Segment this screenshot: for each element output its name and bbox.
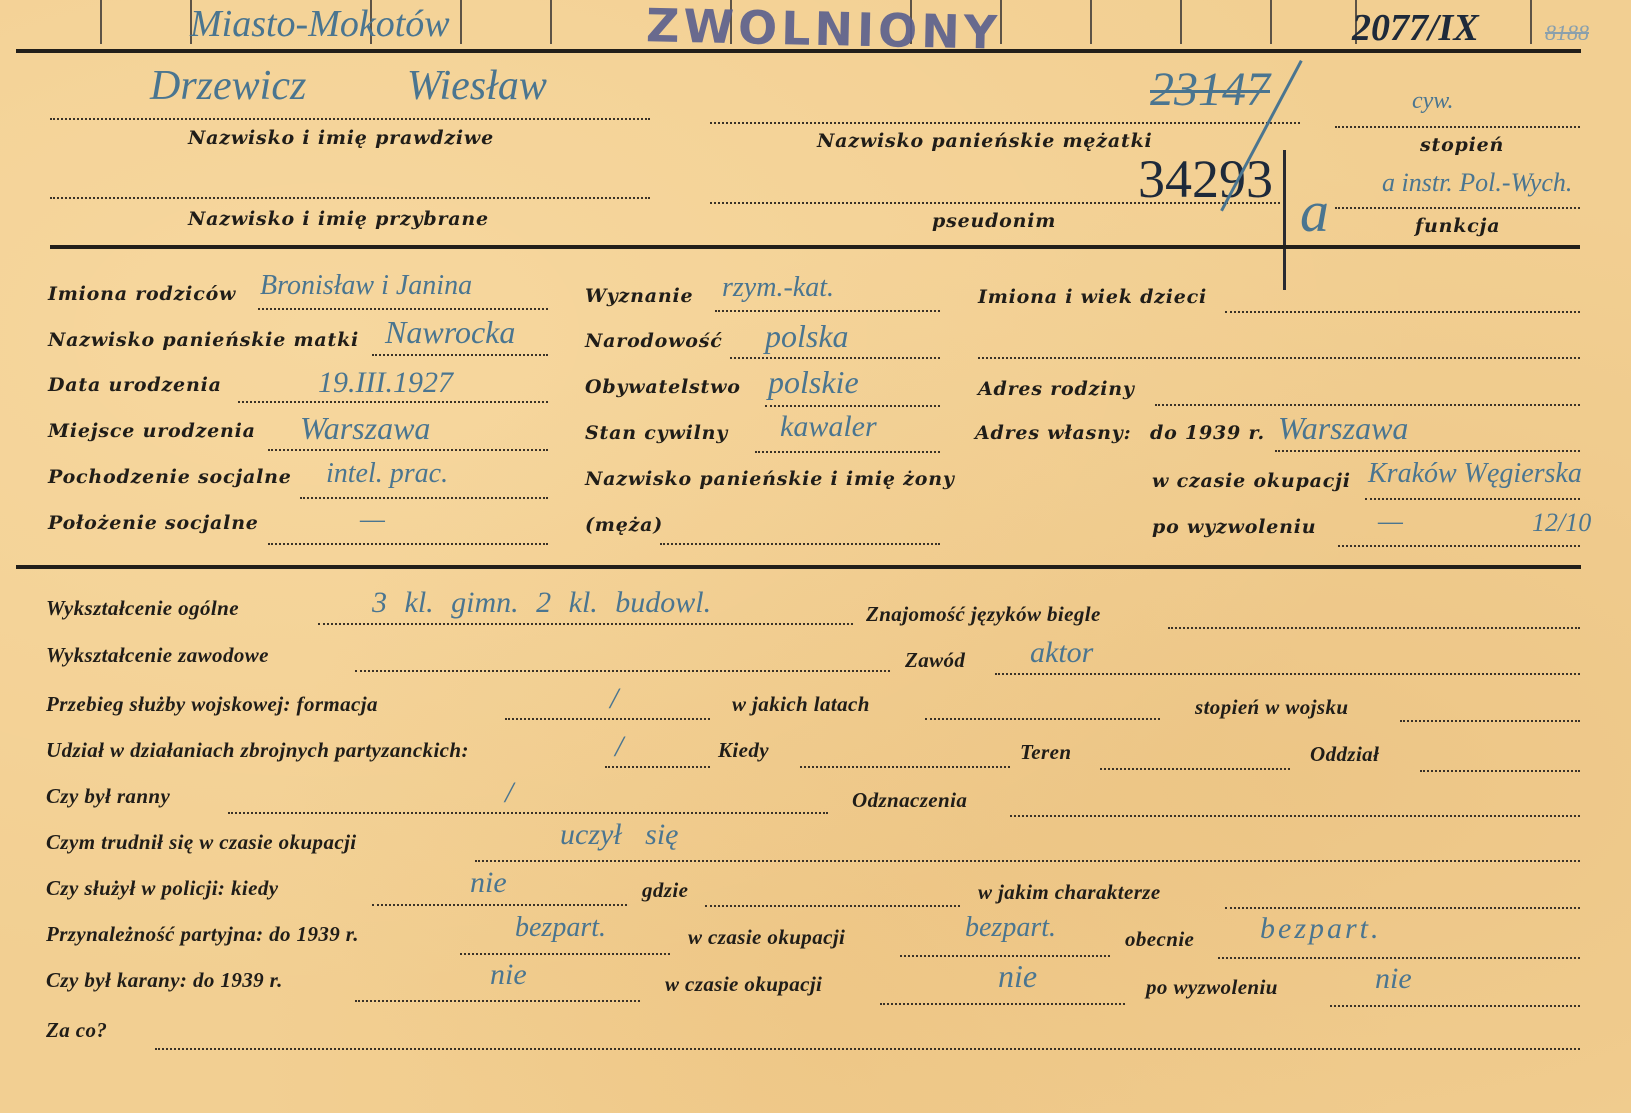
convicted-label: Czy był karany: do 1939 r. [46, 968, 283, 993]
record-number: 34293 [1138, 148, 1273, 210]
pseudonym-label: pseudonim [932, 210, 1056, 232]
record-divider [1283, 150, 1286, 290]
addr-after-liberation-value: — [1378, 506, 1403, 538]
party-label: Przynależność partyjna: do 1939 r. [46, 922, 359, 947]
party-now-label: obecnie [1125, 927, 1194, 952]
addr-after-liberation-note: 12/10 [1532, 508, 1591, 538]
convicted-occupation-value: nie [998, 958, 1037, 995]
header-column-divider [1180, 0, 1182, 44]
decorations-label: Odznaczenia [852, 788, 967, 813]
languages-line [1168, 627, 1580, 629]
function-line [1335, 207, 1580, 209]
convicted-after-label: po wyzwoleniu [1146, 975, 1278, 1000]
military-rank-line [1400, 720, 1580, 722]
personal-rule [16, 565, 1581, 569]
true-name-line [50, 118, 650, 120]
general-education-value: 3 kl. gimn. 2 kl. budowl. [372, 586, 711, 620]
addr-occupation-value: Kraków Węgierska [1368, 458, 1582, 490]
spouse-line [660, 543, 940, 545]
true-name-value: Drzewicz Wiesław [150, 62, 547, 110]
children-label: Imiona i wiek dzieci [978, 286, 1207, 308]
party-occupation-value: bezpart. [965, 912, 1056, 944]
partisan-unit-line [1420, 770, 1580, 772]
function-label: funkcja [1415, 215, 1500, 237]
nationality-line [730, 357, 940, 359]
mother-maiden-value: Nawrocka [385, 314, 515, 351]
religion-line [715, 310, 940, 312]
convicted-before-line [355, 1000, 640, 1002]
assumed-name-label: Nazwisko i imię przybrane [188, 208, 489, 230]
party-occupation-label: w czasie okupacji [688, 925, 845, 950]
party-now-line [1218, 957, 1580, 959]
marital-status-line [755, 451, 940, 453]
rank-line [1335, 126, 1580, 128]
header-column-divider [1530, 0, 1532, 44]
partisan-unit-label: Oddział [1310, 742, 1379, 767]
general-education-line [318, 623, 853, 625]
party-before-value: bezpart. [515, 912, 606, 944]
identity-rule [50, 245, 1580, 249]
convicted-after-line [1330, 1005, 1580, 1007]
military-formation-label: Przebieg służby wojskowej: formacja [46, 692, 378, 717]
profession-label: Zawód [905, 648, 965, 673]
spouse-label: Nazwisko panieńskie i imię żony [585, 468, 955, 490]
rank-value: cyw. [1412, 88, 1454, 115]
partisan-when-label: Kiedy [718, 738, 769, 763]
wounded-line [228, 812, 828, 814]
true-name-label: Nazwisko i imię prawdziwe [188, 127, 494, 149]
mother-maiden-line [372, 354, 548, 356]
header-column-divider [100, 0, 102, 44]
partisan-when-line [800, 766, 1010, 768]
parents-label: Imiona rodziców [48, 283, 236, 305]
citizenship-line [765, 405, 940, 407]
addr-after-liberation-line [1338, 545, 1580, 547]
function-value: a instr. Pol.-Wych. [1382, 168, 1572, 198]
police-where-line [705, 905, 960, 907]
maiden-name-label: Nazwisko panieńskie mężatki [817, 130, 1153, 152]
general-education-label: Wykształcenie ogólne [46, 596, 239, 621]
addr-occupation-line [1365, 498, 1580, 500]
police-role-label: w jakim charakterze [978, 880, 1161, 905]
police-when-value: nie [470, 866, 507, 900]
citizenship-value: polskie [768, 364, 859, 401]
police-when-label: Czy służył w policji: kiedy [46, 876, 278, 901]
partisan-line [605, 766, 710, 768]
birth-place-label: Miejsce urodzenia [48, 420, 256, 442]
wounded-label: Czy był ranny [46, 784, 170, 809]
file-number-aside: 8188 [1545, 20, 1589, 46]
file-number: 2077/IX [1352, 6, 1479, 50]
military-formation-line [505, 718, 710, 720]
birth-place-value: Warszawa [300, 410, 430, 447]
nationality-value: polska [765, 318, 849, 355]
children-line-2 [978, 357, 1580, 359]
header-column-divider [550, 0, 552, 44]
religion-label: Wyznanie [585, 285, 693, 307]
military-formation-value: / [610, 682, 618, 716]
partisan-value: / [615, 730, 623, 764]
birth-place-line [268, 449, 548, 451]
social-origin-line [300, 497, 548, 499]
own-address-label: Adres własny: [975, 422, 1131, 444]
marital-status-label: Stan cywilny [585, 422, 728, 444]
marital-status-value: kawaler [780, 410, 877, 444]
police-role-line [1225, 907, 1580, 909]
addr-before-1939-value: Warszawa [1278, 410, 1408, 447]
citizenship-label: Obywatelstwo [585, 376, 741, 398]
reason-line [155, 1048, 1580, 1050]
social-origin-value: intel. prac. [326, 458, 448, 490]
convicted-before-value: nie [490, 958, 527, 992]
profession-line [995, 673, 1580, 675]
birth-date-value: 19.III.1927 [318, 366, 453, 400]
mother-maiden-label: Nazwisko panieńskie matki [48, 329, 359, 351]
partisan-label: Udział w działaniach zbrojnych partyzanc… [46, 738, 469, 763]
header-column-divider [1270, 0, 1272, 44]
addr-after-liberation-label: po wyzwoleniu [1152, 516, 1316, 538]
social-status-value: — [360, 504, 385, 536]
religion-value: rzym.-kat. [722, 272, 834, 304]
addr-occupation-label: w czasie okupacji [1152, 470, 1351, 492]
party-before-line [460, 953, 670, 955]
header-district-handwriting: Miasto-Mokotów [190, 2, 450, 46]
police-where-label: gdzie [642, 878, 688, 903]
partisan-area-line [1100, 768, 1290, 770]
military-years-line [925, 718, 1160, 720]
addr-before-1939-label: do 1939 r. [1150, 422, 1265, 444]
police-when-line [372, 904, 627, 906]
party-now-value: bezpart. [1260, 912, 1382, 946]
rank-label: stopień [1420, 134, 1504, 156]
occupation-activity-label: Czym trudnił się w czasie okupacji [46, 830, 357, 855]
children-line [1225, 311, 1580, 313]
decorations-line [1010, 815, 1580, 817]
category-mark: a [1300, 178, 1329, 245]
birth-date-label: Data urodzenia [48, 374, 222, 396]
convicted-after-value: nie [1375, 962, 1412, 996]
social-status-label: Położenie socjalne [48, 512, 259, 534]
wounded-value: / [505, 776, 513, 810]
crossed-number: 23147 [1150, 62, 1270, 117]
pseudonym-line [710, 202, 1280, 204]
vocational-education-label: Wykształcenie zawodowe [46, 643, 269, 668]
family-address-line [1155, 404, 1580, 406]
parents-value: Bronisław i Janina [260, 270, 472, 302]
nationality-label: Narodowość [585, 330, 723, 352]
maiden-name-line [710, 122, 1300, 124]
occupation-activity-value: uczył się [560, 818, 678, 852]
social-status-line [268, 543, 548, 545]
birth-date-line [238, 401, 548, 403]
profession-value: aktor [1030, 636, 1093, 670]
top-rule [16, 49, 1581, 53]
convicted-occupation-line [880, 1003, 1125, 1005]
military-years-label: w jakich latach [732, 692, 870, 717]
languages-label: Znajomość języków biegle [866, 602, 1101, 627]
header-column-divider [460, 0, 462, 44]
partisan-area-label: Teren [1020, 740, 1071, 765]
addr-before-1939-line [1275, 450, 1580, 452]
reason-label: Za co? [46, 1018, 107, 1043]
occupation-activity-line [475, 860, 1580, 862]
vocational-education-line [355, 670, 890, 672]
header-column-divider [1090, 0, 1092, 44]
military-rank-label: stopień w wojsku [1195, 695, 1348, 720]
assumed-name-line [50, 197, 650, 199]
parents-line [258, 308, 548, 310]
spouse-label-2: (męża) [585, 514, 663, 536]
convicted-occupation-label: w czasie okupacji [665, 972, 822, 997]
social-origin-label: Pochodzenie socjalne [48, 466, 292, 488]
party-occupation-line [900, 955, 1110, 957]
family-address-label: Adres rodziny [978, 378, 1135, 400]
